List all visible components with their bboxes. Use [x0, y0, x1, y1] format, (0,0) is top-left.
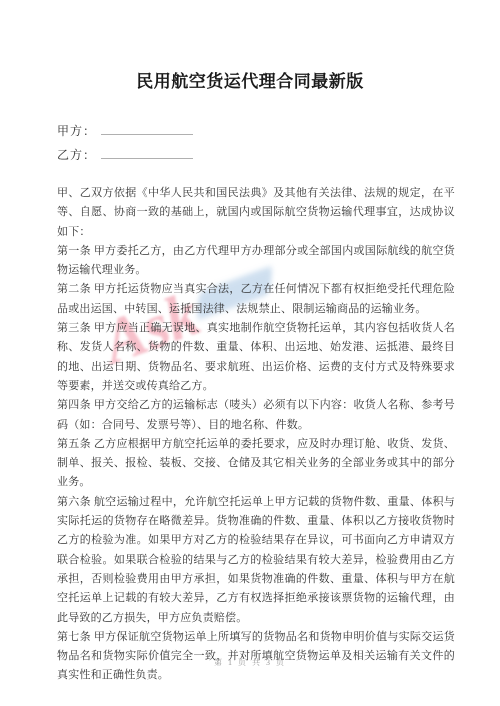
- party-b-label: 乙方：: [57, 148, 96, 162]
- contract-paragraph: 第二条 甲方托运货物应当真实合法，乙方在任何情况下都有权拒绝受托代理危险品或出运…: [57, 280, 455, 319]
- parties-section: 甲方： 乙方：: [57, 119, 500, 167]
- contract-paragraph: 第三条 甲方应当正确无误地、真实地制作航空货物托运单，其内容包括收货人名称、发货…: [57, 319, 455, 396]
- contract-paragraph: 第六条 航空运输过程中，允许航空托运单上甲方记载的货物件数、重量、体积与实际托运…: [57, 493, 455, 628]
- party-b-blank-line: [101, 145, 193, 159]
- party-a-label: 甲方：: [57, 124, 96, 138]
- contract-page: 民用航空货运代理合同最新版 Ask 甲方： 乙方： 甲、乙双方依据《中华人民共和…: [0, 0, 500, 706]
- party-a-row: 甲方：: [57, 119, 500, 143]
- contract-paragraph: 第五条 乙方应根据甲方航空托运单的委托要求，应及时办理订舱、收货、发货、制单、报…: [57, 435, 455, 493]
- contract-body: 甲、乙双方依据《中华人民共和国民法典》及其他有关法律、法规的规定，在平等、自愿、…: [57, 184, 455, 686]
- document-title: 民用航空货运代理合同最新版: [0, 0, 500, 92]
- party-b-row: 乙方：: [57, 143, 500, 167]
- contract-paragraph: 第一条 甲方委托乙方，由乙方代理甲方办理部分或全部国内或国际航线的航空货物运输代…: [57, 242, 455, 281]
- contract-paragraph: 第四条 甲方交给乙方的运输标志（唛头）必须有以下内容：收货人名称、参考号码（如：…: [57, 396, 455, 435]
- page-number: 第 1 页 共 3 页: [0, 657, 500, 668]
- contract-paragraph: 甲、乙双方依据《中华人民共和国民法典》及其他有关法律、法规的规定，在平等、自愿、…: [57, 184, 455, 242]
- party-a-blank-line: [101, 121, 193, 135]
